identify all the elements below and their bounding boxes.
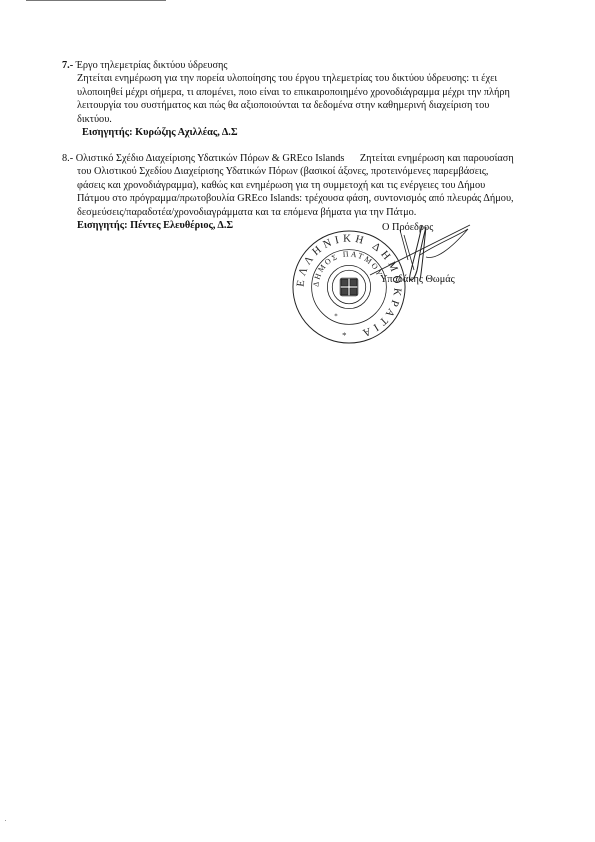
description-line: δεσμεύσεις/παραδοτέα/χρονοδιαγράμματα κα… — [77, 206, 562, 219]
item-title: Έργο τηλεμετρίας δικτύου ύδρευσης — [76, 60, 228, 71]
header-rule — [26, 0, 166, 1]
description-line: Πάτμου στο πρόγραμμα/πρωτοβουλία GREco I… — [77, 192, 562, 205]
description-line: φάσεις και χρονοδιάγραμμα), καθώς και εν… — [77, 179, 562, 192]
description-line: του Ολιστικού Σχεδίου Διαχείρισης Υδατικ… — [77, 165, 562, 178]
description-line: δικτύου. — [77, 113, 562, 126]
description-line: λειτουργία του συστήματος και πώς θα αξι… — [77, 99, 562, 112]
agenda-item-7: 7.- Έργο τηλεμετρίας δικτύου ύδρευσης Ζη… — [62, 59, 562, 139]
rapporteur: Εισηγητής: Κυρώζης Αχιλλέας, Δ.Σ — [62, 126, 562, 139]
svg-text:*: * — [334, 313, 338, 320]
item-number: 7.- — [62, 60, 73, 71]
item-description: του Ολιστικού Σχεδίου Διαχείρισης Υδατικ… — [62, 165, 562, 219]
handwritten-signature — [360, 215, 480, 295]
svg-text:*: * — [342, 330, 346, 340]
item-title: Ολιστικό Σχέδιο Διαχείρισης Υδατικών Πόρ… — [76, 153, 514, 164]
item-description: Ζητείται ενημέρωση για την πορεία υλοποί… — [62, 72, 562, 126]
agenda-item-heading: 7.- Έργο τηλεμετρίας δικτύου ύδρευσης — [62, 59, 562, 72]
scan-artifact — [5, 820, 6, 821]
description-line: υλοποιηθεί μέχρι σήμερα, τι απομένει, πο… — [77, 86, 562, 99]
agenda-item-heading: 8.- Ολιστικό Σχέδιο Διαχείρισης Υδατικών… — [62, 152, 562, 165]
agenda-item-8: 8.- Ολιστικό Σχέδιο Διαχείρισης Υδατικών… — [62, 152, 562, 232]
description-line: Ζητείται ενημέρωση για την πορεία υλοποί… — [77, 72, 562, 85]
item-number: 8.- — [62, 153, 73, 164]
